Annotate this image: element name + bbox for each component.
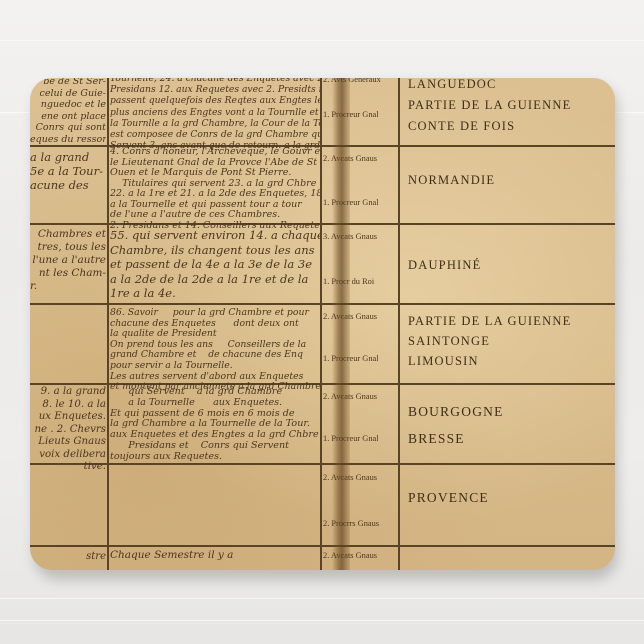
region-name: Dauphiné xyxy=(408,258,608,273)
text-line: plus anciens des Engtes vont a la Tournl… xyxy=(110,107,320,118)
middle-cell-row-3: 55. qui servent environ 14. a chaque Cha… xyxy=(110,228,320,301)
text-line: 1re a la 4e. xyxy=(110,286,320,301)
text-line: nt les Cham- xyxy=(30,267,106,280)
text-line: de l'une a l'autre de ces Chambres. xyxy=(110,210,320,221)
text-line: Lieuts Gnaus xyxy=(30,436,106,449)
text-line: Chaque Semestre il y a xyxy=(110,550,320,561)
text-line: Presidans 12. aux Requetes avec 2. Presi… xyxy=(110,84,320,95)
region-cell-row-5: Bourgogne Bresse xyxy=(408,398,608,452)
text-line: Chambres et xyxy=(30,228,106,241)
text-line: voix delibera xyxy=(30,449,106,462)
column-divider xyxy=(398,78,400,570)
region-name: Conte de Fois xyxy=(408,116,608,137)
left-cell-row-1: be de St Ser- celui de Guie- nguedoc et … xyxy=(30,78,106,145)
text-line: a la Tournelle aux Enquetes. xyxy=(110,398,320,409)
text-line: r. xyxy=(30,280,106,293)
middle-cell-row-7: Chaque Semestre il y a xyxy=(110,550,320,561)
row-divider xyxy=(30,545,615,547)
text-line: ne . 2. Chevrs xyxy=(30,424,106,437)
fold-crease xyxy=(332,78,350,570)
left-cell-row-3: Chambres et tres, tous les l'une a l'aut… xyxy=(30,228,106,293)
left-cell-row-5: 9. a la grand 8. le 10. a la ux Enquetes… xyxy=(30,386,106,474)
region-cell-row-3: Dauphiné xyxy=(408,258,608,273)
text-line: stre xyxy=(30,550,106,563)
text-line: Conrs qui sont xyxy=(30,122,106,134)
text-line: Ouen et le Marquis de Pont St Pierre. xyxy=(110,168,320,179)
text-line: toujours aux Requetes. xyxy=(110,452,320,463)
text-line: a la grand xyxy=(30,150,106,164)
text-line: passent quelquefois des Reqtes aux Engte… xyxy=(110,95,320,106)
text-line: 4. Conrs d'honeur, l'Archeveque, le Gouv… xyxy=(110,147,320,158)
region-name: Bresse xyxy=(408,425,608,452)
region-name: Saintonge xyxy=(408,331,608,351)
text-line: et passent de la 4e a la 3e de la 3e xyxy=(110,257,320,272)
text-line: be de St Ser- xyxy=(30,78,106,88)
region-name: Partie de la Guienne xyxy=(408,311,608,331)
text-line: Chambre, ils changent tous les ans xyxy=(110,243,320,258)
region-cell-row-6: Provence xyxy=(408,490,608,506)
column-divider xyxy=(107,78,109,570)
text-line: tres, tous les xyxy=(30,241,106,254)
middle-cell-row-1: Tournelle, 24. a chacune des Enquetes av… xyxy=(110,78,320,151)
region-cell-row-2: Normandie xyxy=(408,173,608,188)
text-line: 22. a la 1re et 21. a la 2de des Enquete… xyxy=(110,189,320,200)
region-name: Limousin xyxy=(408,351,608,371)
text-line: l'une a l'autre xyxy=(30,254,106,267)
text-line: 5e a la Tour- xyxy=(30,164,106,178)
text-line: 9. a la grand xyxy=(30,386,106,399)
middle-cell-row-4: 86. Savoir pour la grd Chambre et pour c… xyxy=(110,308,320,393)
text-line: pour servir a la Tournelle. xyxy=(110,361,320,372)
text-line: 55. qui servent environ 14. a chaque xyxy=(110,228,320,243)
region-name: Languedoc xyxy=(408,78,608,95)
left-cell-row-2: a la grand 5e a la Tour- acune des xyxy=(30,150,106,192)
text-line: 86. Savoir pour la grd Chambre et pour xyxy=(110,308,320,319)
text-line: ene ont place xyxy=(30,111,106,123)
left-cell-row-7: stre xyxy=(30,550,106,563)
text-line: a la 2de de la 2de a la 1re et de la xyxy=(110,272,320,287)
middle-cell-row-2: 4. Conrs d'honeur, l'Archeveque, le Gouv… xyxy=(110,147,320,231)
region-name: Normandie xyxy=(408,173,608,188)
middle-cell-row-5: qui Servent a la grd Chambre a la Tourne… xyxy=(110,387,320,463)
text-line: celui de Guie- xyxy=(30,88,106,100)
text-line: la Tournlle a la grd Chambre, la Cour de… xyxy=(110,118,320,129)
region-name: Bourgogne xyxy=(408,398,608,425)
text-line: ux Enquetes. xyxy=(30,411,106,424)
region-cell-row-1: Languedoc Partie de la Guienne Conte de … xyxy=(408,78,608,137)
text-line: 8. le 10. a la xyxy=(30,399,106,412)
text-line: nguedoc et le xyxy=(30,99,106,111)
text-line: est composee de Conrs de la grd Chambre … xyxy=(110,129,320,140)
text-line: tive. xyxy=(30,461,106,474)
mousepad: be de St Ser- celui de Guie- nguedoc et … xyxy=(30,78,615,570)
text-line: eques du ressort. xyxy=(30,134,106,146)
column-divider xyxy=(320,78,322,570)
text-line: acune des xyxy=(30,178,106,192)
region-name: Provence xyxy=(408,490,608,506)
region-name: Partie de la Guienne xyxy=(408,95,608,116)
region-cell-row-4: Partie de la Guienne Saintonge Limousin xyxy=(408,311,608,371)
